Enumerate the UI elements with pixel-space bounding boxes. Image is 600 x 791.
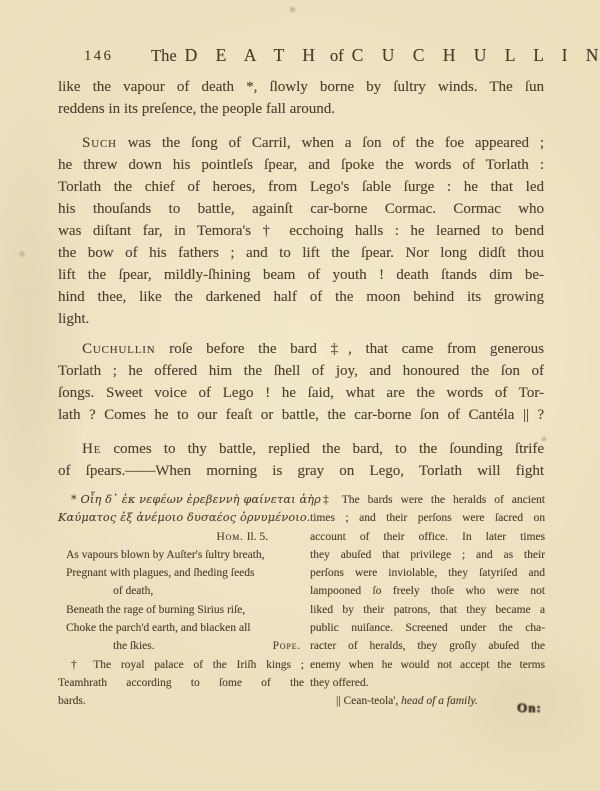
text-line: Hom. Il. 5. [58, 528, 304, 546]
paragraph: Such was the ſong of Carril, when a ſon … [58, 132, 544, 330]
title-word-of: of [330, 46, 344, 65]
title-word-death: D E A T H [185, 45, 322, 65]
text-line: || Cean-teola', head of a family. [310, 692, 545, 710]
text-line: Pregnant with plagues, and ſheding ſeeds [58, 564, 304, 582]
text-line: of death, [58, 582, 304, 600]
text-line: was diſtant far, in Temora's † ecchoing … [58, 220, 544, 242]
page-title: TheD E A T HofC U C H U L L I N: [151, 45, 600, 66]
text-line: he threw down his pointleſs ſpear, and ſ… [58, 154, 544, 176]
text-line: the ſkies.Pope. [58, 637, 304, 655]
text-line: * Οἷη δ᾽ ἐκ νεφέων ἐρεβεννὴ φαίνεται ἀὴρ [58, 491, 304, 509]
title-word-cuchullin: C U C H U L L I N [352, 45, 600, 65]
text-line: of ſpears.——When morning is gray on Lego… [58, 460, 544, 482]
page-number: 146 [84, 48, 113, 65]
text-line: Torlath ; he offered him the ſhell of jo… [58, 360, 544, 382]
text-line: Beneath the rage of burning Sirius riſe, [58, 601, 304, 619]
book-page: 146 TheD E A T HofC U C H U L L I N: lik… [0, 0, 600, 791]
text-line: hind thee, like the darkened half of the… [58, 286, 544, 308]
title-word-the: The [151, 46, 177, 65]
small-caps-text: He [82, 441, 101, 457]
text-line: public nuiſance. Screened under the cha- [310, 619, 545, 637]
text-line: lampooned ſo freely thoſe who were not [310, 582, 545, 600]
text-line: times ; and their perſons were ſacred on [310, 509, 545, 527]
text-line: they abuſed that privilege ; and as thei… [310, 546, 545, 564]
small-caps-text: Such [82, 135, 117, 151]
text-line: enemy when he would not accept the terms [310, 656, 545, 674]
text-line: bards. [58, 692, 304, 710]
text-line: liked by their patrons, that they became… [310, 601, 545, 619]
text-line: lift the ſpear, mildly-ſhining beam of y… [58, 264, 544, 286]
text-line: like the vapour of death *, ſlowly borne… [58, 76, 544, 98]
italic-text: head of a family. [401, 695, 478, 707]
text-line: Such was the ſong of Carril, when a ſon … [58, 132, 544, 154]
text-line: the bow of his fathers ; and to lift the… [58, 242, 544, 264]
footnote-column-right: ‡ The bards were the heralds of ancientt… [310, 491, 545, 711]
paper-speck [288, 6, 297, 13]
text-line: † The royal palace of the Iriſh kings ; [58, 656, 304, 674]
paper-speck [18, 250, 26, 258]
body-text: like the vapour of death *, ſlowly borne… [58, 76, 544, 482]
text-line: Torlath the chief of heroes, from Lego's… [58, 176, 544, 198]
paragraph: He comes to thy battle, replied the bard… [58, 438, 544, 482]
text-line: ‡ The bards were the heralds of ancient [310, 491, 545, 509]
text-line: reddens in its preſence, the people fall… [58, 98, 544, 120]
text-line: ſongs. Sweet voice of Lego ! he ſaid, wh… [58, 382, 544, 404]
small-caps-text: Cuchullin [82, 341, 155, 357]
text-line: Καύματος ἐξ ἀνέμοιο δυσαέος ὀρνυμένοιο. [58, 509, 304, 527]
text-line: they offered. [310, 674, 545, 692]
footnote-column-left: * Οἷη δ᾽ ἐκ νεφέων ἐρεβεννὴ φαίνεται ἀὴρ… [58, 491, 304, 711]
text-line: Teamhrath according to ſome of the [58, 674, 304, 692]
text-line: his thouſands to battle, againſt car-bor… [58, 198, 544, 220]
text-line: He comes to thy battle, replied the bard… [58, 438, 544, 460]
text-line: light. [58, 308, 544, 330]
catchword: On: [517, 700, 542, 716]
text-line: racter of heralds, they groſly abuſed th… [310, 637, 545, 655]
text-line: lath ? Comes he to our feaſt or battle, … [58, 404, 544, 426]
footnotes: * Οἷη δ᾽ ἐκ νεφέων ἐρεβεννὴ φαίνεται ἀὴρ… [58, 491, 545, 711]
small-caps-text: Hom. [216, 531, 243, 543]
paragraph: Cuchullin roſe before the bard ‡, that c… [58, 338, 544, 426]
text-line: Choke the parch'd earth, and blacken all [58, 619, 304, 637]
text-line: As vapours blown by Auſter's ſultry brea… [58, 546, 304, 564]
text-line: Cuchullin roſe before the bard ‡, that c… [58, 338, 544, 360]
paragraph: like the vapour of death *, ſlowly borne… [58, 76, 544, 120]
line-right-text: Pope. [273, 637, 301, 655]
text-line: perſons were inviolable, they ſatyriſed … [310, 564, 545, 582]
text-line: account of their office. In later times [310, 528, 545, 546]
